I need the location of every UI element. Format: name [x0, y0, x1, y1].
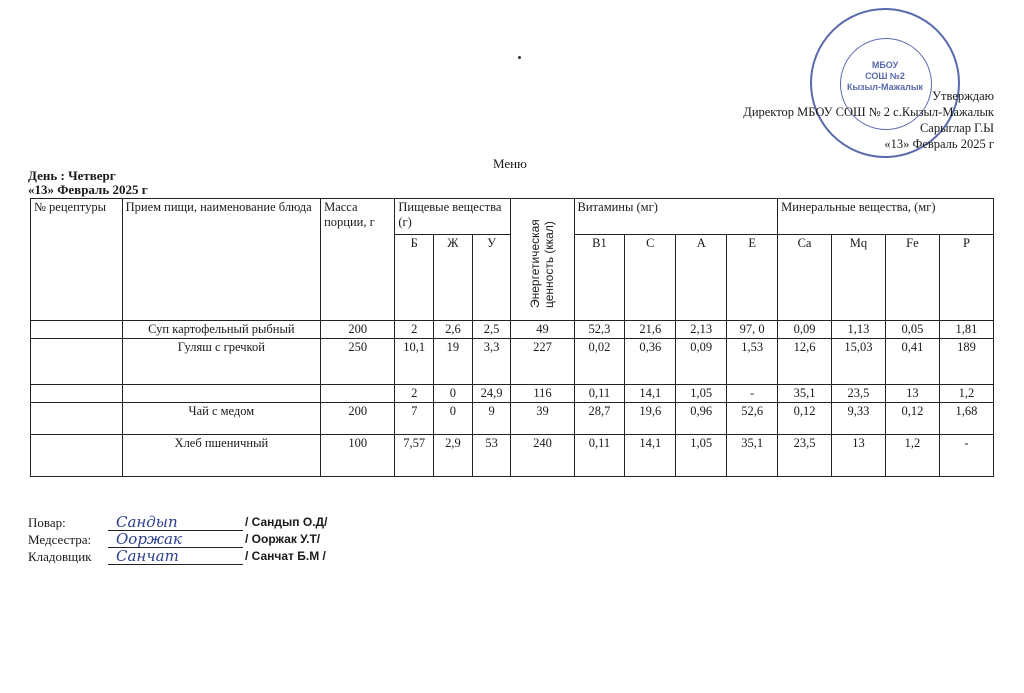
cell-dish: Суп картофельный рыбный	[122, 321, 320, 339]
cell-no	[31, 339, 123, 385]
cell-p: -	[939, 435, 993, 477]
cell-c: 14,1	[625, 385, 676, 403]
signature-role: Кладовщик	[28, 548, 108, 565]
cell-dish: Чай с медом	[122, 403, 320, 435]
cell-mq: 15,03	[832, 339, 886, 385]
signature-line: Ооржак	[108, 533, 243, 548]
cell-u: 24,9	[472, 385, 511, 403]
cell-mq: 1,13	[832, 321, 886, 339]
cell-no	[31, 321, 123, 339]
cell-ca: 12,6	[778, 339, 832, 385]
cell-zh: 0	[434, 403, 473, 435]
cell-no	[31, 403, 123, 435]
cell-energy: 116	[511, 385, 574, 403]
signature-name: / Ооржак У.Т/	[243, 531, 320, 548]
cell-b1: 52,3	[574, 321, 625, 339]
cell-zh: 0	[434, 385, 473, 403]
cell-b: 10,1	[395, 339, 434, 385]
cell-p: 1,81	[939, 321, 993, 339]
cell-a: 1,05	[676, 385, 727, 403]
cell-p: 1,2	[939, 385, 993, 403]
cell-e: 97, 0	[727, 321, 778, 339]
handwritten-signature: Сандып	[116, 514, 178, 531]
cell-fe: 0,41	[885, 339, 939, 385]
header-zh: Ж	[434, 235, 473, 321]
signature-line: Сандып	[108, 516, 243, 531]
cell-b: 7,57	[395, 435, 434, 477]
approval-line: «13» Февраль 2025 г	[743, 136, 994, 152]
cell-b: 2	[395, 321, 434, 339]
cell-e: 1,53	[727, 339, 778, 385]
cell-mq: 9,33	[832, 403, 886, 435]
signature-role: Повар:	[28, 514, 108, 531]
cell-b: 7	[395, 403, 434, 435]
speck	[518, 56, 521, 59]
signature-row: КладовщикСанчат/ Санчат Б.М /	[28, 548, 327, 565]
signature-row: Повар:Сандып/ Сандып О.Д/	[28, 514, 327, 531]
cell-c: 19,6	[625, 403, 676, 435]
cell-energy: 240	[511, 435, 574, 477]
document-title: Меню	[493, 156, 527, 172]
cell-mass: 200	[321, 321, 395, 339]
cell-no	[31, 385, 123, 403]
cell-zh: 2,9	[434, 435, 473, 477]
cell-b1: 28,7	[574, 403, 625, 435]
cell-b1: 0,02	[574, 339, 625, 385]
cell-p: 189	[939, 339, 993, 385]
cell-fe: 1,2	[885, 435, 939, 477]
approval-block: Утверждаю Директор МБОУ СОШ № 2 с.Кызыл-…	[743, 88, 994, 152]
cell-energy: 39	[511, 403, 574, 435]
cell-e: -	[727, 385, 778, 403]
header-mass: Масса порции, г	[321, 199, 395, 321]
cell-dish: Гуляш с гречкой	[122, 339, 320, 385]
approval-line: Сарыглар Г.Ы	[743, 120, 994, 136]
cell-mq: 23,5	[832, 385, 886, 403]
cell-mass: 250	[321, 339, 395, 385]
signature-name: / Сандып О.Д/	[243, 514, 327, 531]
cell-mass: 100	[321, 435, 395, 477]
cell-b1: 0,11	[574, 385, 625, 403]
signature-row: Медсестра:Ооржак/ Ооржак У.Т/	[28, 531, 327, 548]
table-row: Суп картофельный рыбный20022,62,54952,32…	[31, 321, 994, 339]
signature-role: Медсестра:	[28, 531, 108, 548]
header-c: C	[625, 235, 676, 321]
cell-zh: 19	[434, 339, 473, 385]
header-fe: Fe	[885, 235, 939, 321]
cell-a: 1,05	[676, 435, 727, 477]
cell-mass	[321, 385, 395, 403]
stamp-line: МБОУ	[812, 60, 958, 71]
header-energy: Энергетическая ценность (ккал)	[511, 199, 574, 321]
header-nutrients: Пищевые вещества (г)	[395, 199, 511, 235]
cell-dish	[122, 385, 320, 403]
cell-dish: Хлеб пшеничный	[122, 435, 320, 477]
handwritten-signature: Ооржак	[116, 531, 182, 548]
cell-u: 3,3	[472, 339, 511, 385]
header-minerals: Минеральные вещества, (мг)	[778, 199, 994, 235]
cell-no	[31, 435, 123, 477]
cell-zh: 2,6	[434, 321, 473, 339]
table-row: Чай с медом2007093928,719,60,9652,60,129…	[31, 403, 994, 435]
header-dish: Прием пищи, наименование блюда	[122, 199, 320, 321]
handwritten-signature: Санчат	[116, 548, 179, 565]
cell-u: 9	[472, 403, 511, 435]
header-energy-text: Энергетическая ценность (ккал)	[528, 208, 556, 308]
stamp-line: СОШ №2	[812, 71, 958, 82]
menu-table: № рецептуры Прием пищи, наименование блю…	[30, 198, 994, 477]
cell-energy: 49	[511, 321, 574, 339]
cell-p: 1,68	[939, 403, 993, 435]
header-b: Б	[395, 235, 434, 321]
cell-fe: 0,12	[885, 403, 939, 435]
cell-c: 0,36	[625, 339, 676, 385]
cell-mq: 13	[832, 435, 886, 477]
header-e: E	[727, 235, 778, 321]
cell-a: 0,96	[676, 403, 727, 435]
header-a: A	[676, 235, 727, 321]
cell-ca: 35,1	[778, 385, 832, 403]
date-label: «13» Февраль 2025 г	[28, 182, 148, 198]
header-ca: Ca	[778, 235, 832, 321]
cell-e: 52,6	[727, 403, 778, 435]
header-b1: B1	[574, 235, 625, 321]
table-row: Гуляш с гречкой25010,1193,32270,020,360,…	[31, 339, 994, 385]
signature-name: / Санчат Б.М /	[243, 548, 326, 565]
cell-ca: 0,09	[778, 321, 832, 339]
header-p: P	[939, 235, 993, 321]
cell-ca: 23,5	[778, 435, 832, 477]
cell-a: 2,13	[676, 321, 727, 339]
header-vitamins: Витамины (мг)	[574, 199, 778, 235]
cell-a: 0,09	[676, 339, 727, 385]
header-u: У	[472, 235, 511, 321]
cell-mass: 200	[321, 403, 395, 435]
cell-fe: 13	[885, 385, 939, 403]
cell-b1: 0,11	[574, 435, 625, 477]
cell-u: 53	[472, 435, 511, 477]
signature-line: Санчат	[108, 550, 243, 565]
table-row: Хлеб пшеничный1007,572,9532400,1114,11,0…	[31, 435, 994, 477]
cell-c: 14,1	[625, 435, 676, 477]
approval-line: Директор МБОУ СОШ № 2 с.Кызыл-Мажалык	[743, 104, 994, 120]
cell-c: 21,6	[625, 321, 676, 339]
cell-ca: 0,12	[778, 403, 832, 435]
cell-energy: 227	[511, 339, 574, 385]
signatures: Повар:Сандып/ Сандып О.Д/Медсестра:Ооржа…	[28, 514, 327, 565]
approval-line: Утверждаю	[743, 88, 994, 104]
cell-e: 35,1	[727, 435, 778, 477]
table-row: 2024,91160,1114,11,05-35,123,5131,2	[31, 385, 994, 403]
cell-u: 2,5	[472, 321, 511, 339]
header-recipe-no: № рецептуры	[31, 199, 123, 321]
cell-fe: 0,05	[885, 321, 939, 339]
header-mq: Mq	[832, 235, 886, 321]
cell-b: 2	[395, 385, 434, 403]
